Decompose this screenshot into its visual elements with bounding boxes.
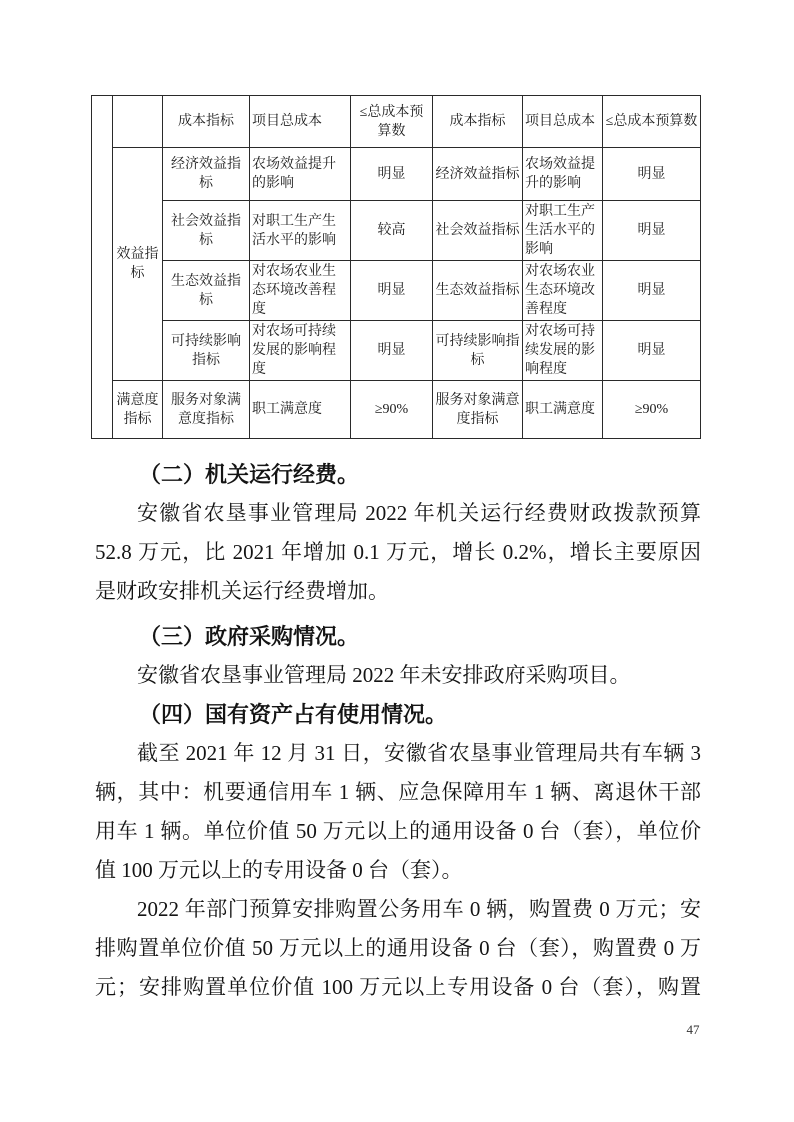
- table-cell-category: 服务对象满意度指标: [163, 381, 250, 439]
- paragraph-line: 安徽省农垦事业管理局 2022 年机关运行经费财政拨款预算: [95, 494, 701, 533]
- document-body: （二）机关运行经费。 安徽省农垦事业管理局 2022 年机关运行经费财政拨款预算…: [95, 433, 701, 1007]
- table-cell-value: 明显: [603, 148, 701, 201]
- table-cell-value: 明显: [351, 321, 433, 381]
- table-cell-category: 可持续影响指标: [433, 321, 523, 381]
- section-heading-4: （四）国有资产占有使用情况。: [95, 695, 701, 734]
- row-group-label-satisfaction: 满意度指标: [113, 381, 163, 439]
- table-cell-category: 服务对象满意度指标: [433, 381, 523, 439]
- table-cell-value: ≤总成本预算数: [351, 96, 433, 148]
- table-cell-indicator: 职工满意度: [523, 381, 603, 439]
- page-number: 47: [678, 1022, 708, 1038]
- table-cell-category: 经济效益指标: [433, 148, 523, 201]
- paragraph-line: 用车 1 辆。单位价值 50 万元以上的通用设备 0 台（套），单位价: [95, 812, 701, 851]
- table-cell-category: 社会效益指标: [433, 201, 523, 261]
- paragraph-line: 排购置单位价值 50 万元以上的通用设备 0 台（套），购置费 0 万: [95, 929, 701, 968]
- paragraph-line: 元；安排购置单位价值 100 万元以上专用设备 0 台（套），购置: [95, 968, 701, 1007]
- table-cell-value: 明显: [351, 261, 433, 321]
- table-cell-indicator: 职工满意度: [250, 381, 351, 439]
- table-cell-category: 社会效益指标: [163, 201, 250, 261]
- table-cell-indicator: 农场效益提升的影响: [250, 148, 351, 201]
- table-cell-value: ≥90%: [351, 381, 433, 439]
- paragraph-line: 2022 年部门预算安排购置公务用车 0 辆，购置费 0 万元；安: [95, 890, 701, 929]
- table-cell-category: 成本指标: [163, 96, 250, 148]
- table-cell-indicator: 项目总成本: [523, 96, 603, 148]
- table-spacer-cell: [92, 96, 113, 439]
- table-cell-category: 经济效益指标: [163, 148, 250, 201]
- table-cell-category: 成本指标: [433, 96, 523, 148]
- table-cell-category: 可持续影响指标: [163, 321, 250, 381]
- table-cell-value: 明显: [603, 321, 701, 381]
- table-cell-value: 明显: [351, 148, 433, 201]
- row-group-empty-cell: [113, 96, 163, 148]
- table-cell-category: 生态效益指标: [163, 261, 250, 321]
- paragraph-line: 辆，其中：机要通信用车 1 辆、应急保障用车 1 辆、离退休干部: [95, 773, 701, 812]
- table-cell-category: 生态效益指标: [433, 261, 523, 321]
- document-page: 成本指标 项目总成本 ≤总成本预算数 成本指标 项目总成本 ≤总成本预算数 效益…: [0, 0, 794, 1122]
- table-cell-value: ≥90%: [603, 381, 701, 439]
- table-cell-indicator: 对农场可持续发展的影响程度: [523, 321, 603, 381]
- section-heading-2: （二）机关运行经费。: [95, 455, 701, 494]
- table-cell-indicator: 对职工生产生活水平的影响: [523, 201, 603, 261]
- table-cell-indicator: 项目总成本: [250, 96, 351, 148]
- paragraph-line: 截至 2021 年 12 月 31 日，安徽省农垦事业管理局共有车辆 3: [95, 734, 701, 773]
- section-heading-3: （三）政府采购情况。: [95, 617, 701, 656]
- table-cell-value: 明显: [603, 201, 701, 261]
- paragraph-line: 52.8 万元，比 2021 年增加 0.1 万元，增长 0.2%，增长主要原因: [95, 533, 701, 572]
- performance-indicator-table: 成本指标 项目总成本 ≤总成本预算数 成本指标 项目总成本 ≤总成本预算数 效益…: [91, 95, 701, 439]
- table-cell-indicator: 对职工生产生活水平的影响: [250, 201, 351, 261]
- paragraph-line: 是财政安排机关运行经费增加。: [95, 572, 701, 611]
- table-cell-indicator: 对农场可持续发展的影响程度: [250, 321, 351, 381]
- paragraph-line: 值 100 万元以上的专用设备 0 台（套）。: [95, 851, 701, 890]
- table-cell-value: 明显: [603, 261, 701, 321]
- table-cell-indicator: 对农场农业生态环境改善程度: [250, 261, 351, 321]
- row-group-label-benefit: 效益指标: [113, 148, 163, 381]
- table-cell-indicator: 对农场农业生态环境改善程度: [523, 261, 603, 321]
- table-cell-value: 较高: [351, 201, 433, 261]
- table-cell-indicator: 农场效益提升的影响: [523, 148, 603, 201]
- table-cell-value: ≤总成本预算数: [603, 96, 701, 148]
- paragraph-line: 安徽省农垦事业管理局 2022 年未安排政府采购项目。: [95, 656, 701, 695]
